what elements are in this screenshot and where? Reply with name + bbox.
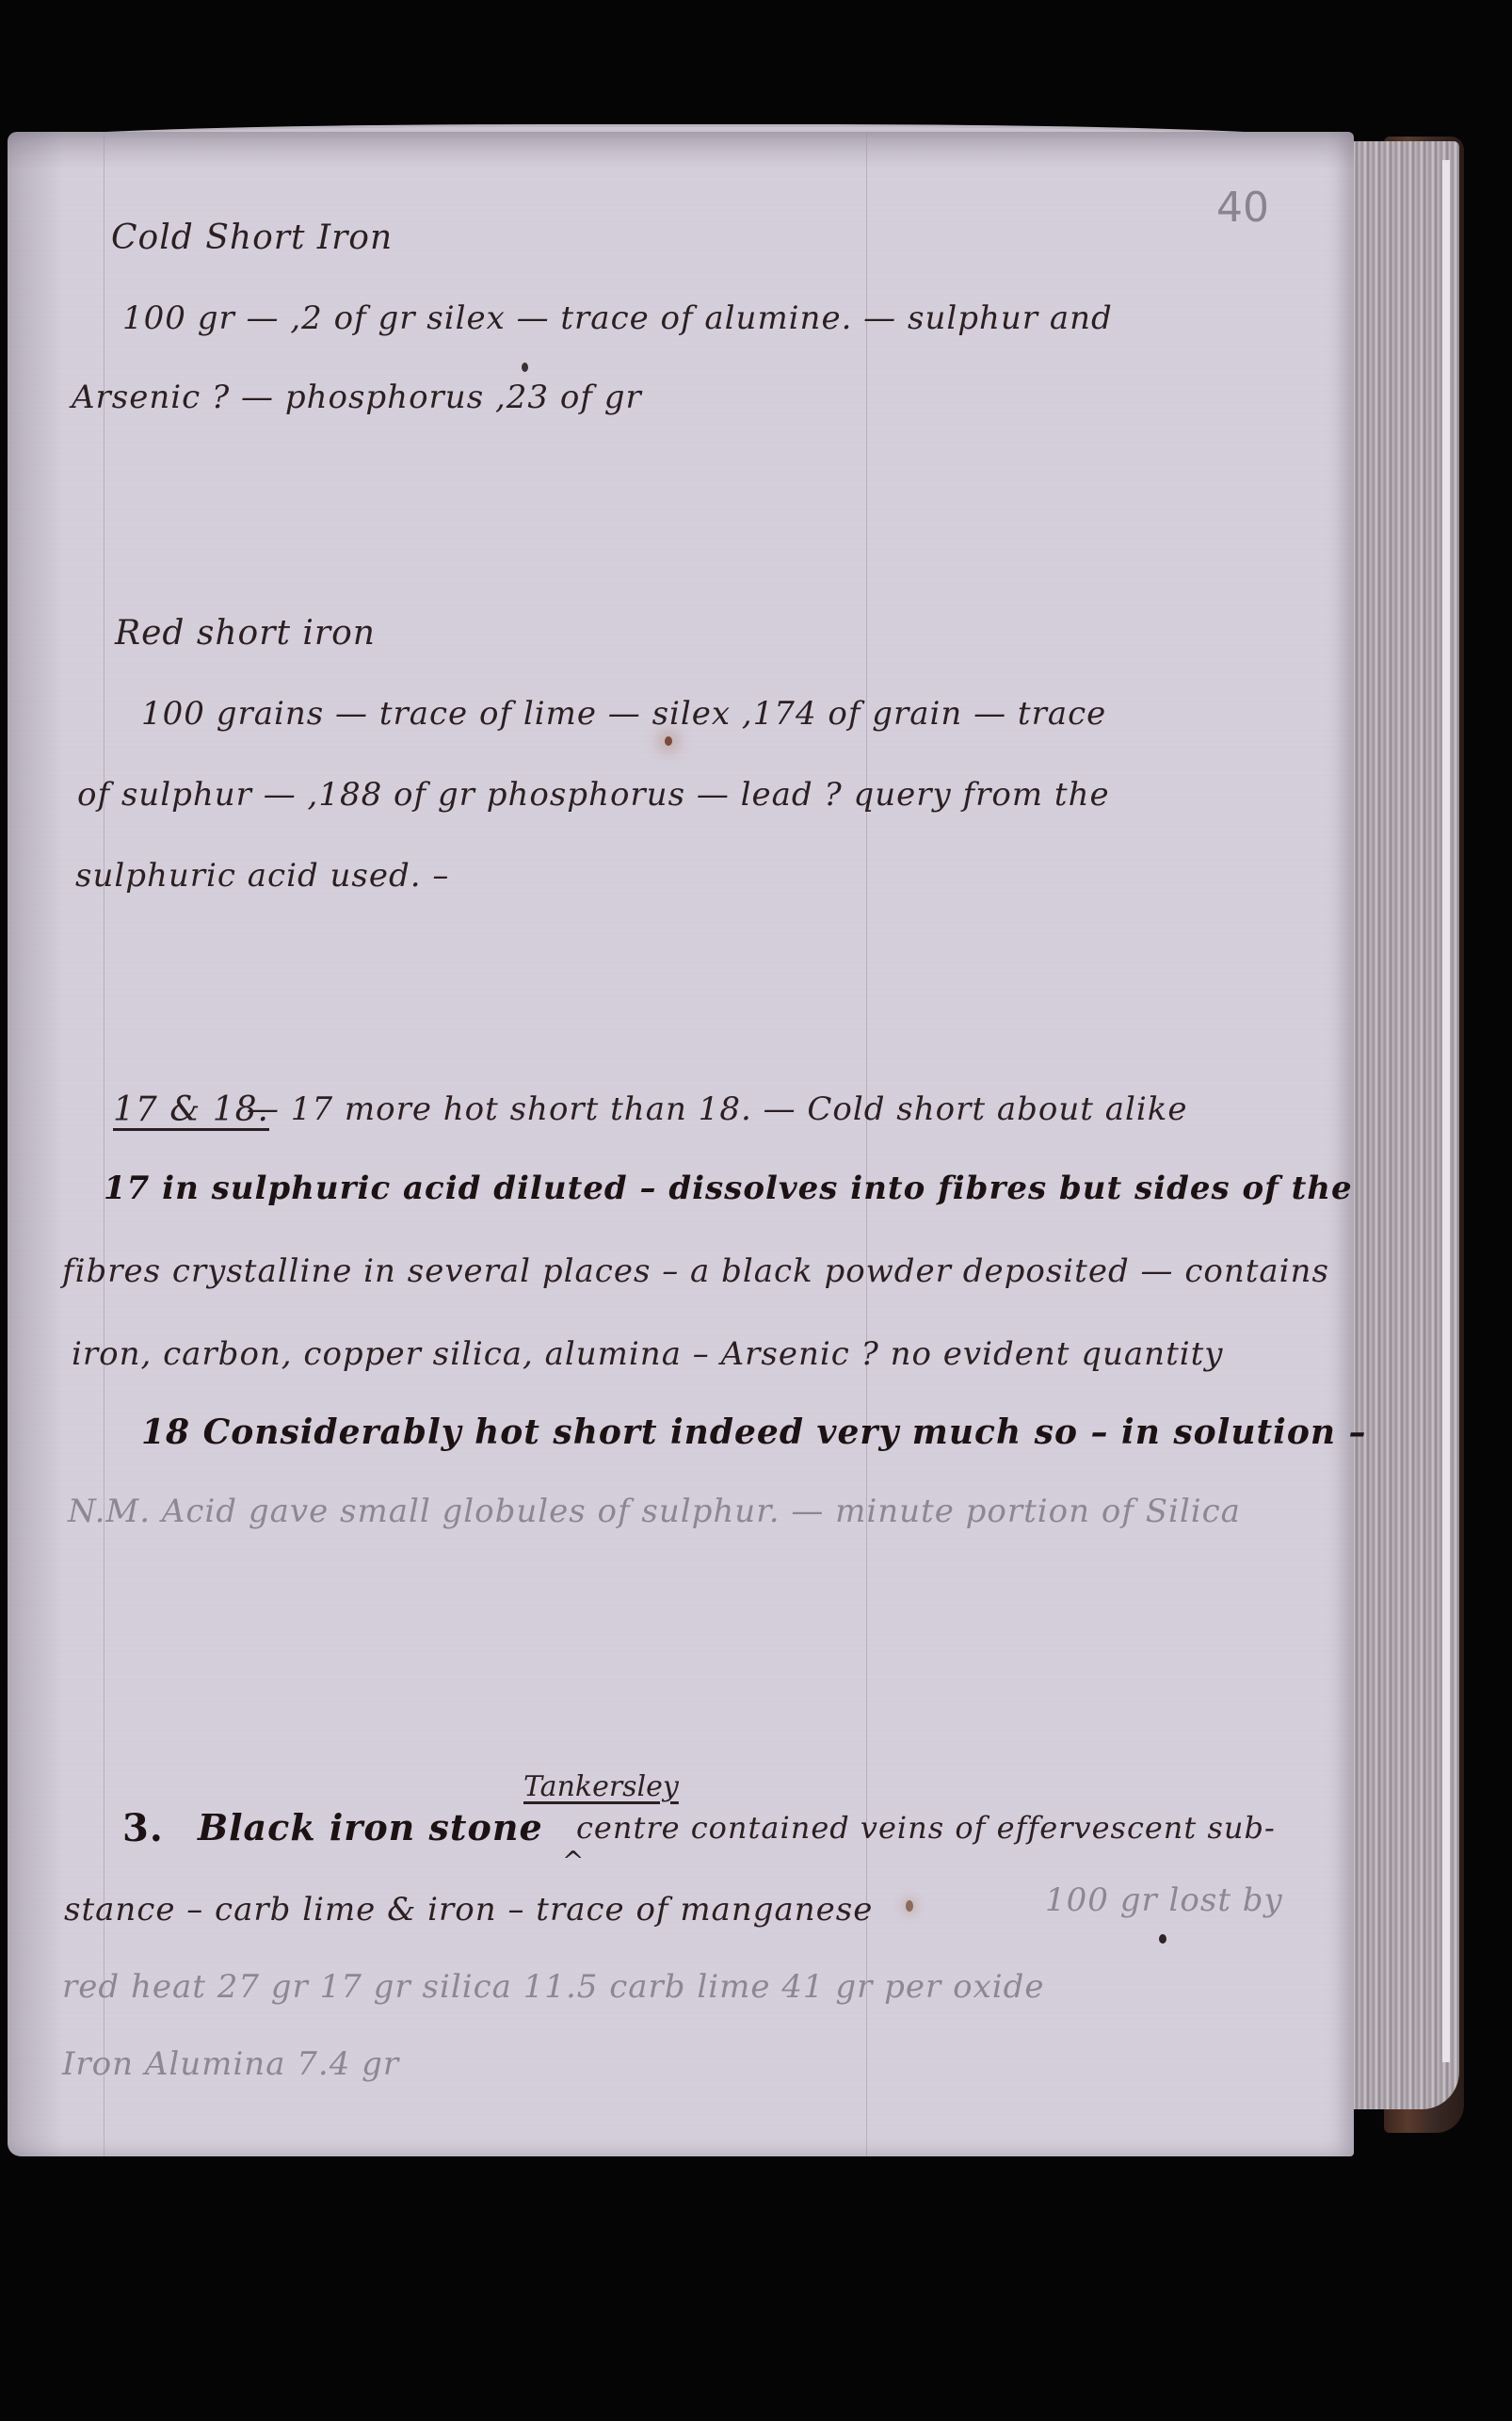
entry-line: 100 gr — ,2 of gr silex — trace of alumi… bbox=[122, 299, 1113, 337]
insertion-note: Tankersley bbox=[523, 1770, 679, 1803]
entry-line: stance – carb lime & iron – trace of man… bbox=[64, 1891, 873, 1929]
entry-line: iron, carbon, copper silica, alumina – A… bbox=[72, 1335, 1224, 1373]
insertion-caret-icon: ^ bbox=[562, 1846, 584, 1877]
entry-line: 18 Considerably hot short indeed very mu… bbox=[141, 1412, 1367, 1452]
ink-stain bbox=[906, 1900, 913, 1912]
ink-dot bbox=[522, 363, 528, 372]
entry-heading: Cold Short Iron bbox=[111, 218, 393, 257]
pencil-note: 100 gr lost by bbox=[1045, 1881, 1283, 1919]
entry-line: 17 in sulphuric acid diluted – dissolves… bbox=[104, 1170, 1353, 1207]
fold-line bbox=[866, 132, 867, 2156]
margin-rule bbox=[104, 132, 105, 2156]
pencil-note: N.M. Acid gave small globules of sulphur… bbox=[68, 1493, 1241, 1530]
entry-line: centre contained veins of effervescent s… bbox=[576, 1810, 1276, 1846]
page-number: 40 bbox=[1216, 184, 1269, 232]
pencil-note: red heat 27 gr 17 gr silica 11.5 carb li… bbox=[62, 1968, 1045, 2006]
page-edges bbox=[1337, 141, 1459, 2109]
entry-line: Arsenic ? — phosphorus ,23 of gr bbox=[72, 379, 642, 416]
entry-number: 3. bbox=[122, 1806, 164, 1850]
entry-heading: — 17 more hot short than 18. — Cold shor… bbox=[247, 1090, 1187, 1128]
entry-line: sulphuric acid used. – bbox=[75, 857, 449, 895]
entry-line: fibres crystalline in several places – a… bbox=[62, 1252, 1329, 1290]
entry-line: 100 grains — trace of lime — silex ,174 … bbox=[141, 695, 1106, 733]
ink-dot bbox=[1159, 1934, 1166, 1944]
ink-stain bbox=[665, 736, 672, 746]
entry-heading: Black iron stone bbox=[198, 1806, 543, 1848]
entry-heading: Red short iron bbox=[115, 614, 376, 653]
notebook-page bbox=[8, 132, 1354, 2156]
pencil-note: Iron Alumina 7.4 gr bbox=[62, 2045, 399, 2083]
entry-line: of sulphur — ,188 of gr phosphorus — lea… bbox=[77, 776, 1110, 814]
page-edge-highlight bbox=[1442, 160, 1450, 2062]
